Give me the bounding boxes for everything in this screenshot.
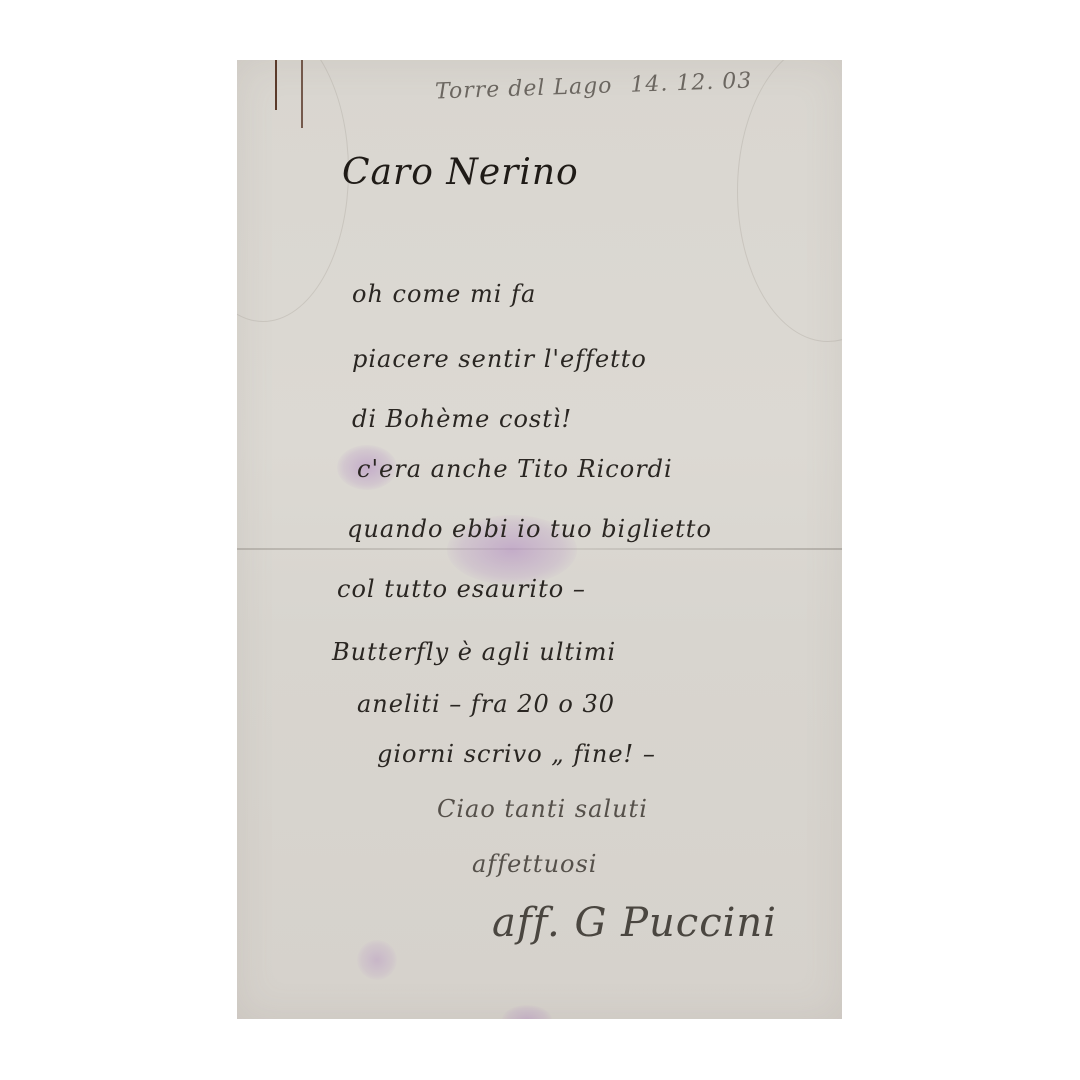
body-line: di Bohème costì! bbox=[352, 405, 572, 433]
ink-stain bbox=[357, 940, 397, 980]
fold-crease bbox=[737, 60, 842, 342]
dateline-date: 14. 12. 03 bbox=[630, 68, 753, 97]
body-line: giorni scrivo „ fine! – bbox=[377, 740, 656, 768]
closing-line: Ciao tanti saluti bbox=[437, 795, 648, 823]
body-line: quando ebbi io tuo biglietto bbox=[347, 515, 712, 543]
body-line: oh come mi fa bbox=[352, 280, 536, 308]
body-line: Butterfly è agli ultimi bbox=[332, 638, 616, 666]
body-line: aneliti – fra 20 o 30 bbox=[357, 690, 615, 718]
closing-line: affettuosi bbox=[472, 850, 597, 878]
ink-stain bbox=[502, 1005, 552, 1019]
dateline: Torre del Lago 14. 12. 03 bbox=[435, 68, 753, 104]
body-line: c'era anche Tito Ricordi bbox=[357, 455, 673, 483]
signature: aff. G Puccini bbox=[492, 900, 777, 946]
dateline-place: Torre del Lago bbox=[435, 73, 613, 104]
salutation: Caro Nerino bbox=[342, 152, 579, 193]
body-line: col tutto esaurito – bbox=[337, 575, 586, 603]
body-line: piacere sentir l'effetto bbox=[352, 345, 647, 373]
fold-crease bbox=[237, 60, 349, 322]
letter-paper: Torre del Lago 14. 12. 03 Caro Nerino oh… bbox=[237, 60, 842, 1019]
